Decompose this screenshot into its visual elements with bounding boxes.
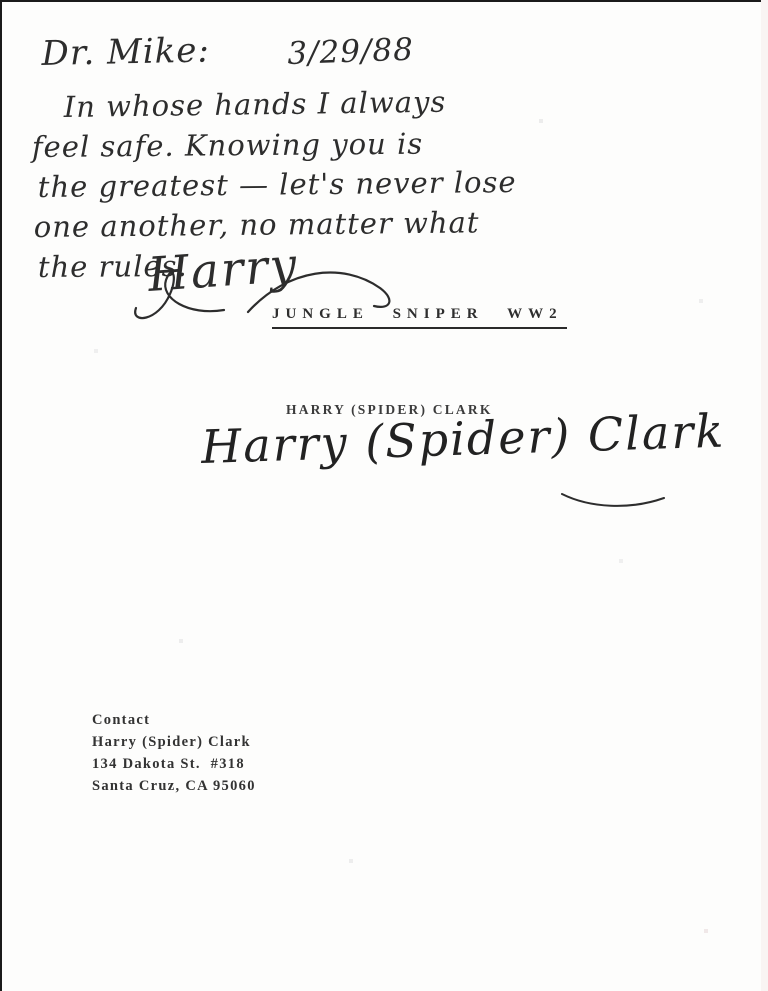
- scan-edge-right-tint: [761, 0, 768, 991]
- note-date: 3/29/88: [287, 32, 415, 72]
- note-line-2: feel safe. Knowing you is: [32, 127, 424, 164]
- full-signature: Harry (Spider) Clark: [200, 404, 726, 474]
- note-salutation: Dr. Mike:: [41, 30, 210, 74]
- contact-label: Contact: [92, 709, 256, 731]
- contact-block: Contact Harry (Spider) Clark 134 Dakota …: [92, 709, 256, 797]
- contact-address-street: 134 Dakota St. #318: [92, 753, 256, 775]
- note-line-4: one another, no matter what: [34, 205, 480, 244]
- full-signature-flourish: [560, 488, 670, 512]
- contact-name: Harry (Spider) Clark: [92, 731, 256, 753]
- note-line-1: In whose hands I always: [64, 85, 447, 124]
- scan-edge-left: [0, 0, 2, 991]
- scan-edge-top: [0, 0, 768, 2]
- note-line-3: the greatest — let's never lose: [38, 165, 517, 204]
- script-title: JUNGLE SNIPER WW2: [272, 306, 567, 329]
- paper-speckles: [0, 0, 2, 2]
- contact-address-city: Santa Cruz, CA 95060: [92, 775, 256, 797]
- scanned-letter-page: Dr. Mike: 3/29/88 In whose hands I alway…: [0, 0, 768, 991]
